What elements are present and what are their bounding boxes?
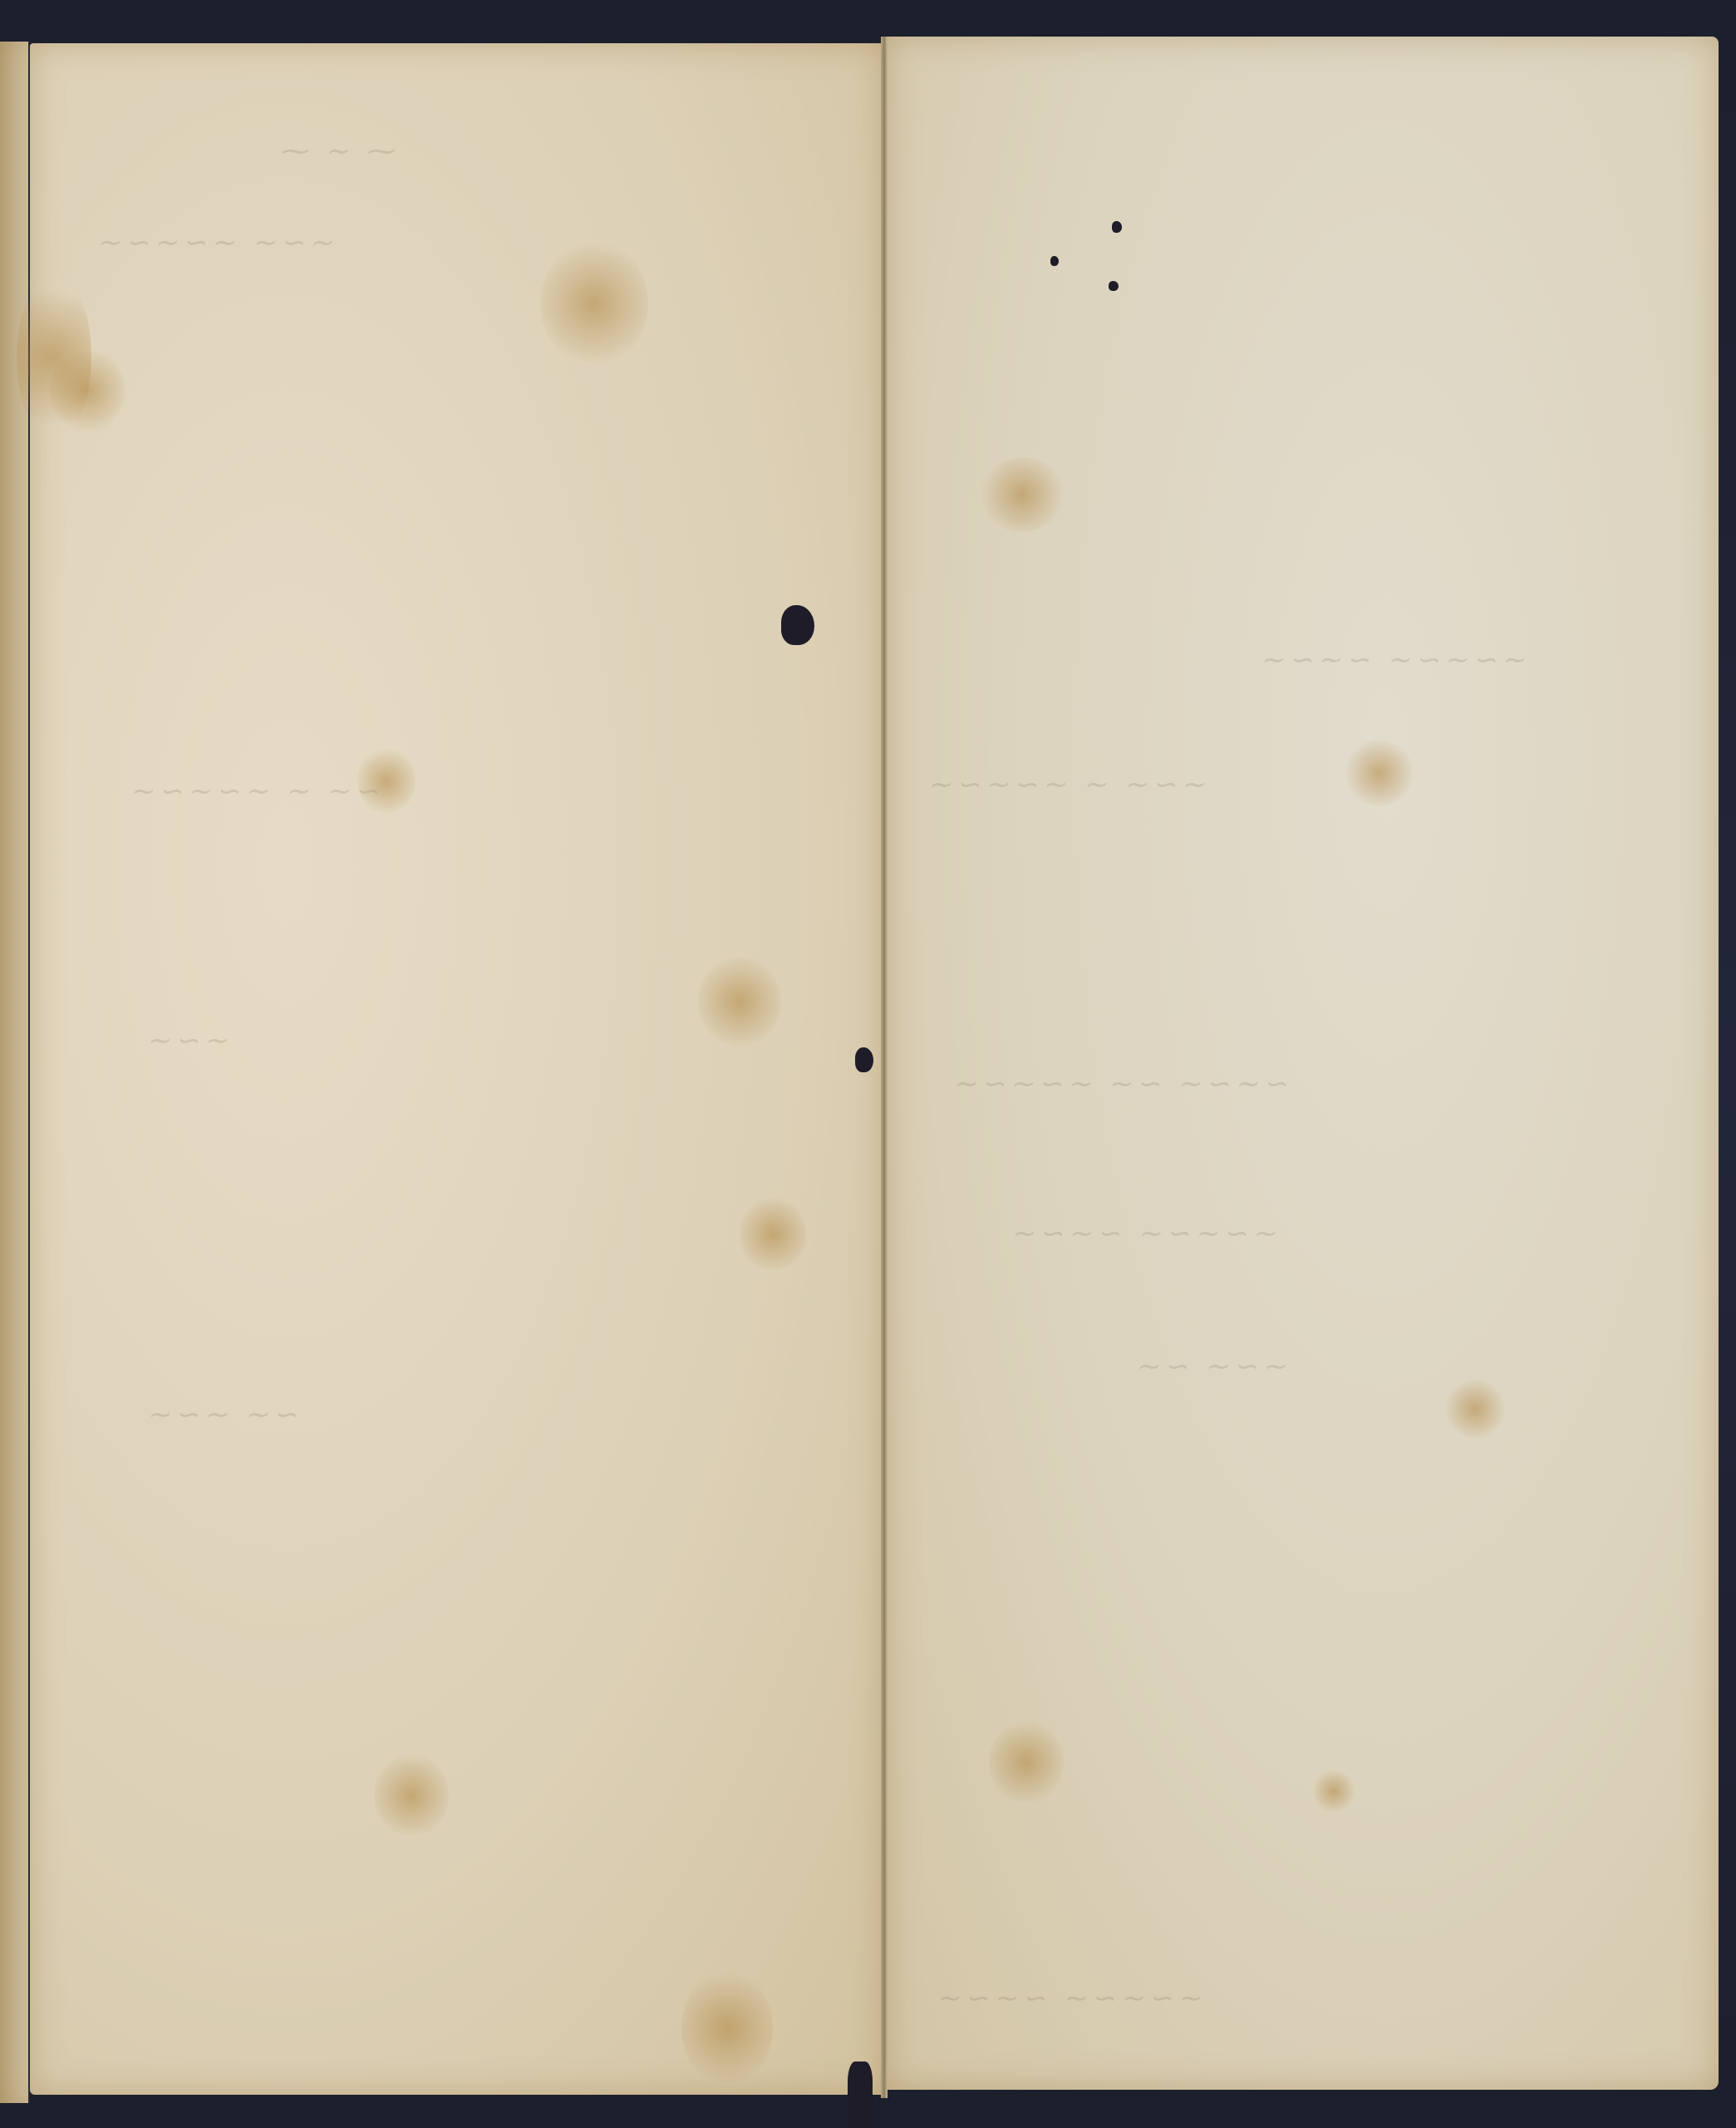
bleed-through-text: ∼∽∼∽∼ ∼∽ ∼∽∼∽ — [952, 1067, 1291, 1101]
stain — [1346, 740, 1413, 806]
bleed-through-text: ∼∽∼∽ ∼∽∼∽∼ — [1011, 1217, 1281, 1250]
stain — [1313, 1771, 1355, 1812]
bleed-through-text: ∼∽∼∽ ∼∽∼∽∼ — [936, 1982, 1206, 2015]
stain — [681, 1970, 773, 2086]
stain — [540, 241, 648, 366]
worm-hole — [781, 605, 814, 645]
torn-edge — [848, 2061, 873, 2128]
ink-spot — [1050, 256, 1059, 266]
bleed-through-text: ∼∽∼∽ ∼∽∼∽∼ — [1260, 643, 1530, 677]
stain — [698, 956, 781, 1047]
bleed-through-text: ∼∽∼∽∼ ∼ ∼∽∼ — [927, 768, 1209, 801]
stain — [50, 349, 125, 432]
bleed-through-text: ∼∽∼ ∼∽ — [146, 1398, 302, 1431]
stain — [1446, 1380, 1504, 1438]
stain — [357, 748, 416, 815]
ink-spot — [1112, 221, 1122, 233]
bleed-through-text: ∼∽∼ — [146, 1024, 232, 1057]
stain — [989, 1721, 1064, 1804]
bleed-through-text: ⁓ ∼ ⁓ — [279, 135, 399, 168]
bleed-through-text: ∼∽∼∽∼ ∼∽∼ — [96, 226, 337, 259]
stain — [740, 1197, 806, 1272]
stain — [981, 457, 1064, 532]
stain — [374, 1754, 449, 1837]
worm-hole — [855, 1047, 873, 1072]
left-page: ⁓ ∼ ⁓ ∼∽∼∽∼ ∼∽∼ ∼∽∼∽∼ ∼ ∼∽ ∼∽∼ ∼∽∼ ∼∽ — [30, 43, 884, 2095]
center-fold — [881, 37, 888, 2098]
bleed-through-text: ∼∽ ∼∽∼ — [1135, 1350, 1291, 1383]
bleed-through-text: ∼∽∼∽∼ ∼ ∼∽ — [130, 775, 383, 808]
ink-spot — [1109, 281, 1119, 291]
